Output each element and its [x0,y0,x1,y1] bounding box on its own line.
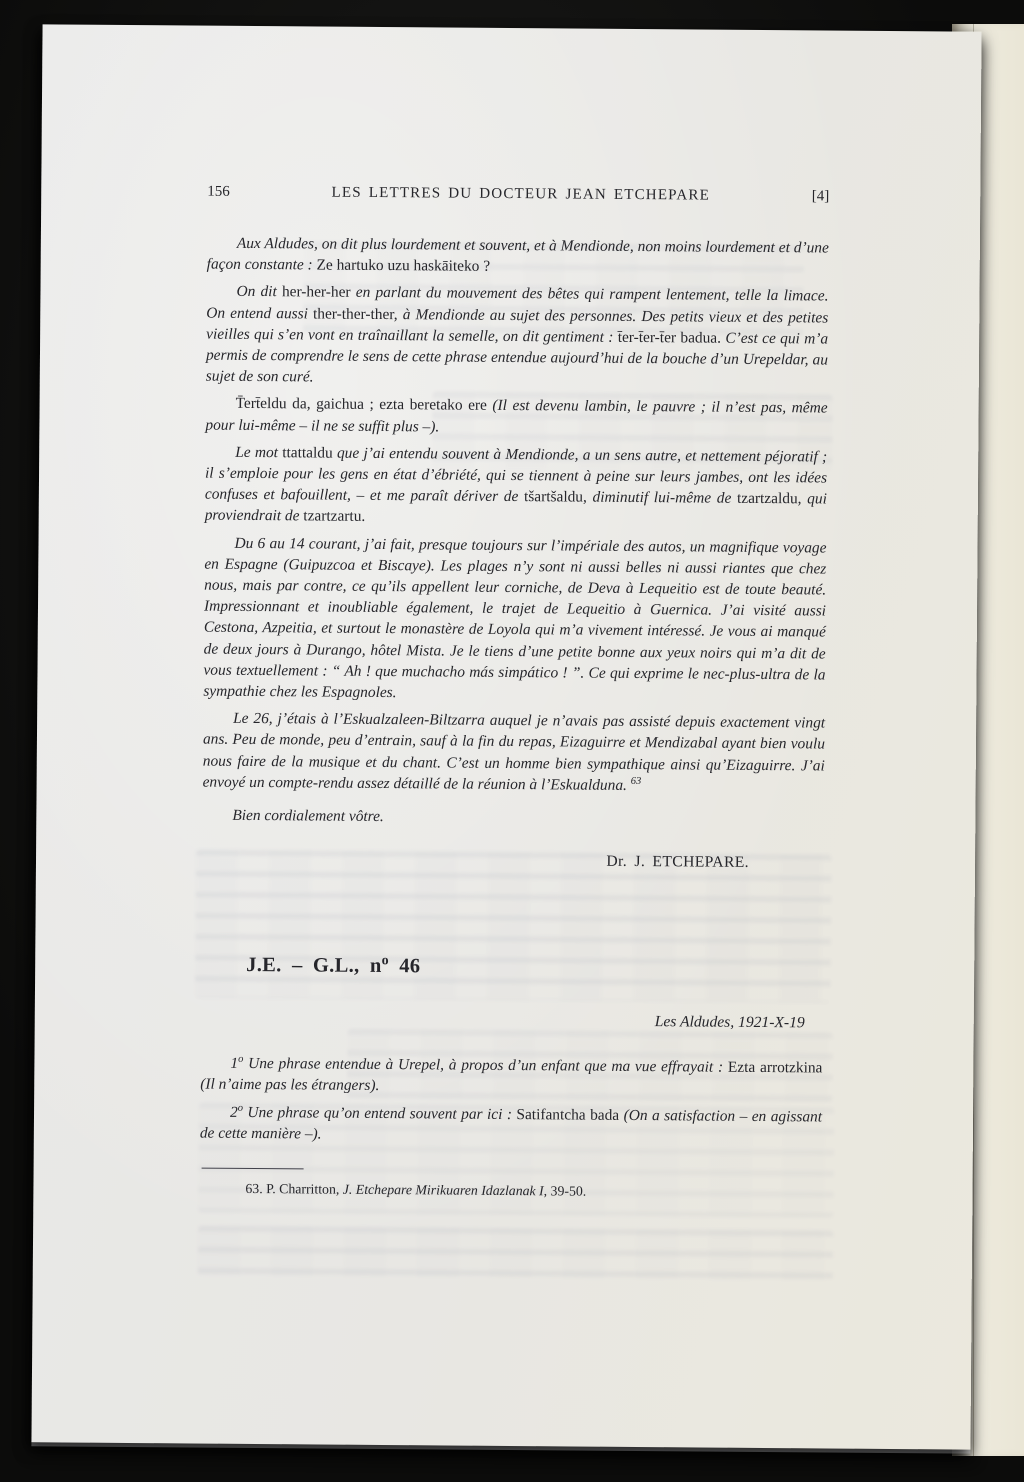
text-run: Une phrase entendue à Urepel, à propos d… [243,1055,728,1076]
text-run: ther-ther-ther, [313,305,398,323]
closing-line: Bien cordialement vôtre. [202,805,824,831]
running-title: LES LETTRES DU DOCTEUR JEAN ETCHEPARE [331,185,710,205]
bleed-through-ghost [198,1226,833,1281]
text-run: Ze hartuko uzu haskāiteko ? [316,257,490,275]
text-run: 46 [389,955,421,977]
text-run: 2 [230,1104,238,1121]
text-run: 63 [631,776,642,787]
photo-background: 156 LES LETTRES DU DOCTEUR JEAN ETCHEPAR… [0,0,1024,1482]
text-run: On dit [236,283,282,300]
text-run: (Il n’aime pas les étrangers). [200,1076,379,1094]
dateline: Les Aldudes, 1921-X-19 [201,1008,823,1034]
letter-paragraph: Le 26, j’étais à l’Eskualzaleen-Biltzarr… [203,708,826,798]
text-run: Satifantcha bada [516,1106,623,1124]
text-run: Aux Aldudes, on dit plus lourdement et s… [207,235,829,274]
text-run: Bien cordialement vôtre. [232,807,384,825]
letter-paragraph: Du 6 au 14 courant, j’ai fait, presque t… [203,532,826,707]
text-run: J.E. – G.L., n [246,954,382,977]
text-run: Une phrase qu’on entend souvent par ici … [243,1104,517,1123]
letter-paragraph: Aux Aldudes, on dit plus lourdement et s… [207,233,829,280]
text-run: her-her-her [282,284,351,302]
text-run: Le mot [235,444,282,461]
text-run: 63. P. Charritton, [245,1181,342,1197]
footnote-block: 63. P. Charritton, J. Etchepare Mirikuar… [199,1168,821,1203]
text-run: tzartzartu. [303,508,365,525]
text-run: t̄er-t̄er-t̄er badua. [618,329,721,347]
letter-paragraph: On dit her-her-her en parlant du mouveme… [206,281,829,392]
numbered-item: 2o Une phrase qu’on entend souvent par i… [200,1101,822,1148]
letter-paragraph: T̄ert̄eldu da, gaichua ; ezta beretako e… [205,393,827,440]
text-run: 39-50. [547,1183,586,1198]
section-46: J.E. – G.L., no 46 Les Aldudes, 1921-X-1… [200,952,823,1149]
page-header: 156 LES LETTRES DU DOCTEUR JEAN ETCHEPAR… [207,184,829,206]
book-page: 156 LES LETTRES DU DOCTEUR JEAN ETCHEPAR… [31,24,981,1449]
text-run: Du 6 au 14 courant, j’ai fait, presque t… [203,534,826,701]
text-run: tšartšaldu, [524,488,587,505]
signature-line: Dr. J. ETCHEPARE. [202,850,824,873]
text-run: diminutif lui-même de [587,489,737,507]
text-run: Le 26, j’étais à l’Eskualzaleen-Biltzarr… [203,710,826,794]
text-run: o [382,953,389,968]
text-run: 1 [230,1055,238,1072]
page-content: 156 LES LETTRES DU DOCTEUR JEAN ETCHEPAR… [199,26,830,1203]
section-heading: J.E. – G.L., no 46 [246,952,823,983]
text-run: J. Etchepare Mirikuaren Idazlanak I, [343,1182,547,1199]
page-number: 156 [207,184,230,201]
numbered-item: 1o Une phrase entendue à Urepel, à propo… [200,1053,822,1100]
letter-body: Aux Aldudes, on dit plus lourdement et s… [202,233,829,873]
footnote-text: 63. P. Charritton, J. Etchepare Mirikuar… [199,1179,821,1203]
footnote-rule [202,1168,304,1170]
text-run: T̄ert̄eldu da, gaichua ; ezta beretako e… [236,395,493,414]
text-run: Ezta arrotzkina [728,1059,823,1077]
text-run: ttattaldu [282,444,333,461]
letter-paragraph: Le mot ttattaldu que j’ai entendu souven… [205,441,828,531]
bracket-number: [4] [812,188,830,205]
text-run: tzartzaldu, [737,490,802,508]
